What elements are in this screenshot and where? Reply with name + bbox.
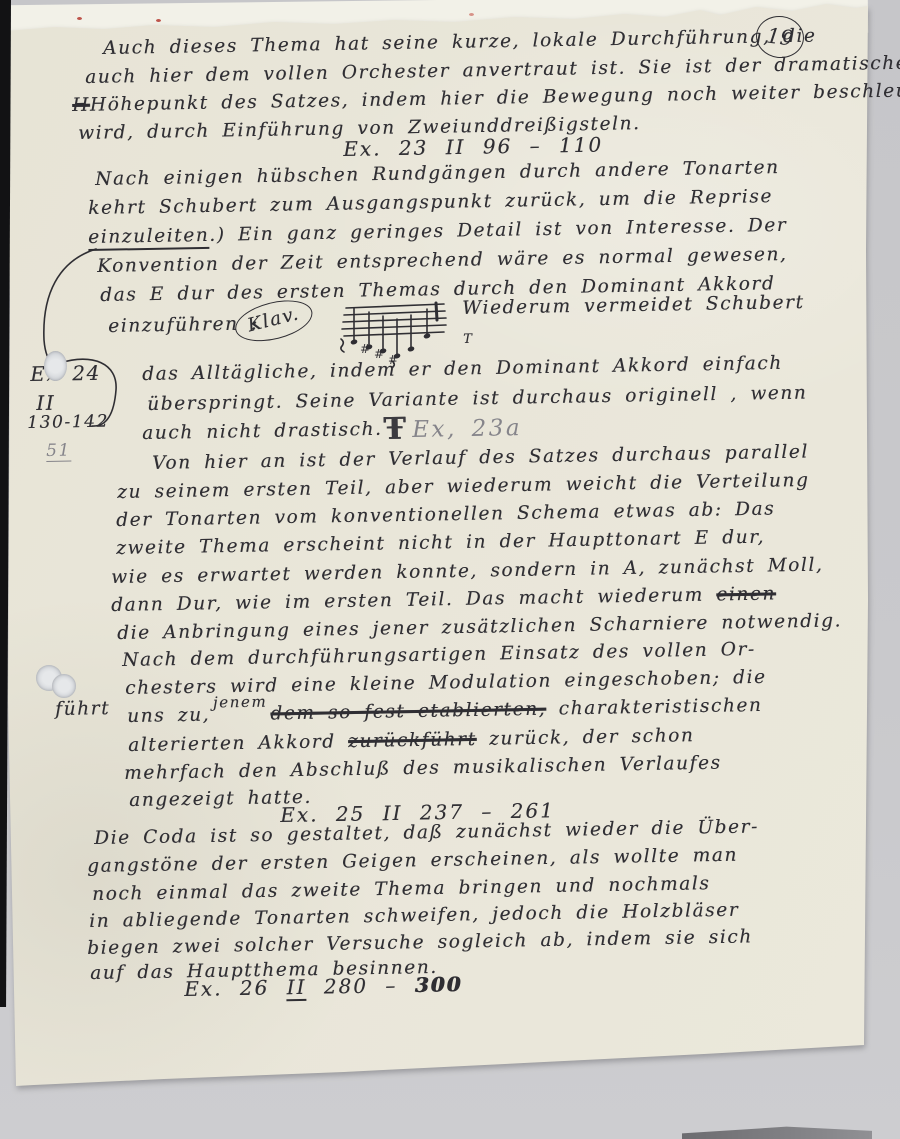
line-text: charakteristischen [558, 695, 762, 720]
pencil-margin-number: 51 [46, 441, 71, 462]
pencil-note-ex23a: Ex, 23a [412, 415, 522, 443]
margin-inserted-word: führt [55, 698, 110, 720]
example-heading-ex23: Ex. 23 II 96 – 110 [343, 132, 603, 161]
line-text: alterierten Akkord [128, 731, 336, 756]
line-text: zurück, der schon [489, 725, 695, 750]
heading-text: 280 – [324, 973, 398, 998]
insertion-mark: T [463, 332, 474, 347]
klav-annotation: Klav. [234, 302, 314, 340]
line-text: uns zu, [127, 705, 210, 727]
hole-punch [52, 674, 76, 698]
struck-word: zurückführt [348, 729, 477, 752]
hole-punch [44, 351, 67, 381]
underlined-numeral: II [286, 975, 306, 1001]
margin-note-measures: 130-142 [27, 412, 109, 433]
scanned-manuscript-page: 19 Auch dieses Thema hat seine kurze, lo… [0, 0, 900, 1139]
example-heading-ex26: Ex. 26 II 280 – 300 [184, 972, 463, 1001]
pencil-insertion-mark: Ŧ [383, 412, 408, 447]
scan-bottom-dark-object [682, 1125, 872, 1139]
inserted-word-above: jenem [213, 693, 268, 712]
heading-text: Ex. 26 [184, 976, 269, 1001]
overwritten-number: 300 [414, 972, 462, 997]
margin-note-numeral: II [36, 391, 55, 415]
handwritten-line: auch nicht drastisch. [142, 419, 383, 444]
false-start-scribble: H [72, 95, 90, 116]
struck-word: einen [716, 583, 776, 605]
svg-text:#: # [360, 342, 370, 356]
